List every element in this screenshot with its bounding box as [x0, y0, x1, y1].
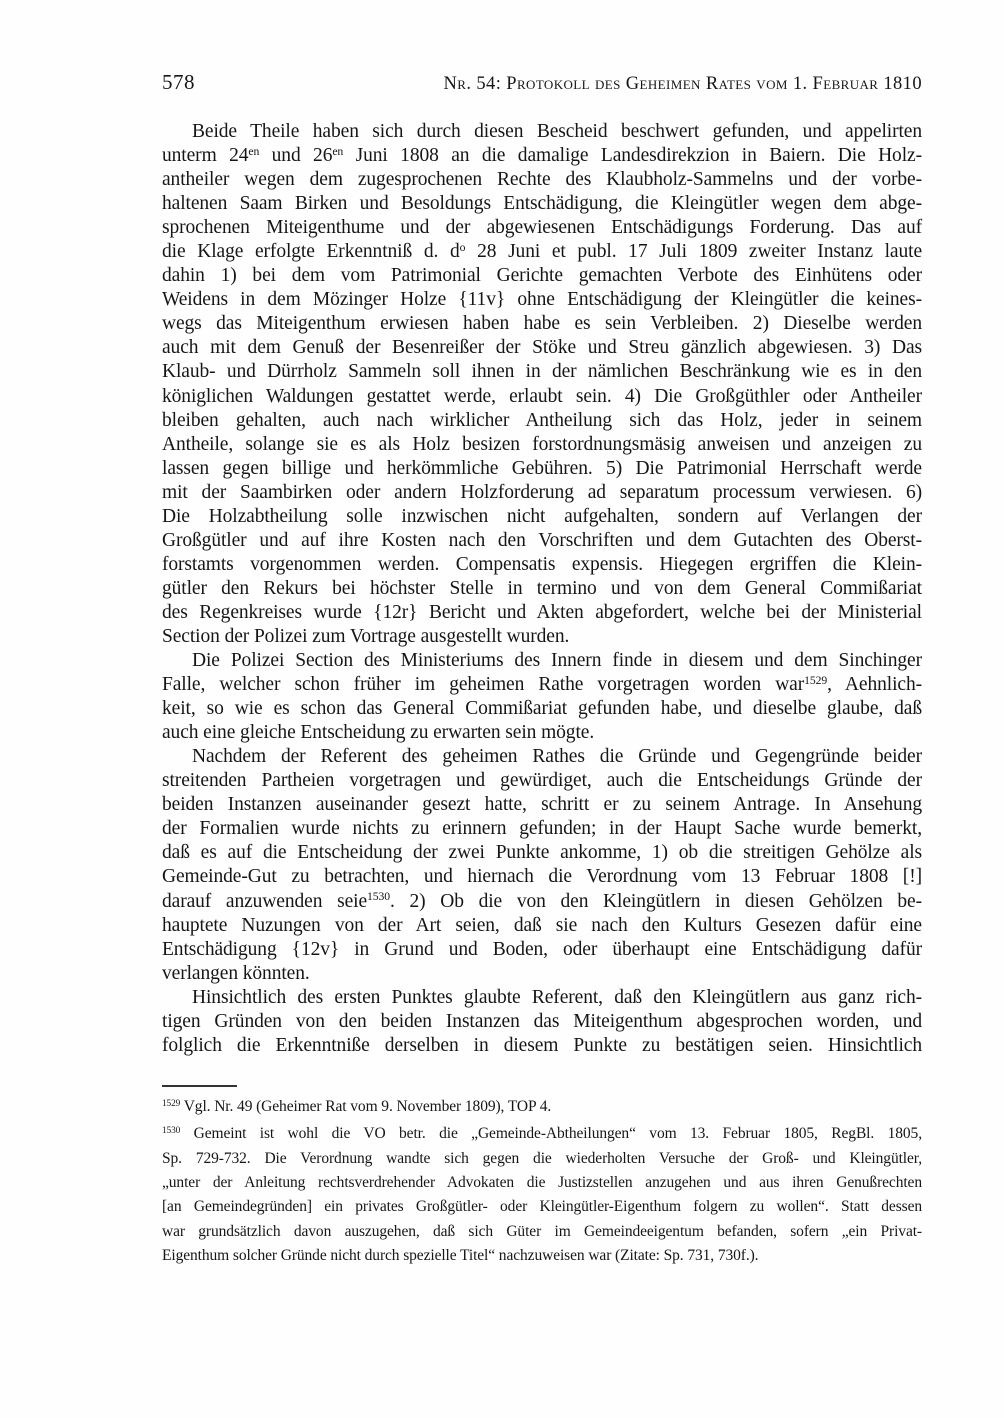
text-line: lassen gegen billige und herkömmliche Ge…	[162, 457, 922, 481]
footnotes: 1529 Vgl. Nr. 49 (Geheimer Rat vom 9. No…	[162, 1095, 922, 1269]
footnote: 1530 Gemeint ist wohl die VO betr. die „…	[162, 1122, 922, 1268]
superscript-reference: en	[332, 145, 343, 158]
text-line: Klaub- und Dürrholz Sammeln soll ihnen i…	[162, 360, 922, 384]
footnote-line: 1530 Gemeint ist wohl die VO betr. die „…	[162, 1122, 922, 1146]
footnote-line: „unter der Anleitung rechtsverdrehender …	[162, 1171, 922, 1195]
text-line: Großgütler und auf ihre Kosten nach den …	[162, 529, 922, 553]
superscript-reference: 1529	[804, 674, 827, 687]
text-line: daß es auf die Entscheidung der zwei Pun…	[162, 841, 922, 865]
paragraph: Nachdem der Referent des geheimen Rathes…	[162, 745, 922, 985]
text-line: mit der Saambirken oder andern Holzforde…	[162, 481, 922, 505]
text-column: 578 Nr. 54: Protokoll des Geheimen Rates…	[162, 0, 922, 1269]
footnote-line: [an Gemeindegründen] ein privates Großgü…	[162, 1195, 922, 1219]
text-line: Antheile, solange sie es als Holz besize…	[162, 433, 922, 457]
text-line: hauptete Nuzungen von der Art seien, daß…	[162, 914, 922, 938]
text-line: Hinsichtlich des ersten Punktes glaubte …	[162, 986, 922, 1010]
body-text: Beide Theile haben sich durch diesen Bes…	[162, 120, 922, 1058]
text-line: haltenen Saam Birken und Besoldungs Ents…	[162, 192, 922, 216]
text-line: bleiben gehalten, auch nach wirklicher A…	[162, 409, 922, 433]
text-line: darauf anzuwenden seie1530. 2) Ob die vo…	[162, 890, 922, 914]
text-line: antheiler wegen dem zugesprochenen Recht…	[162, 168, 922, 192]
text-line: auch mit dem Genuß der Besenreißer der S…	[162, 336, 922, 360]
footnote-line: war grundsätzlich davon auszugehen, daß …	[162, 1220, 922, 1244]
text-line: Gemeinde-Gut zu betrachten, und hiernach…	[162, 865, 922, 889]
text-line: auch eine gleiche Entscheidung zu erwart…	[162, 721, 922, 745]
text-line: gütler den Rekurs bei höchster Stelle in…	[162, 577, 922, 601]
text-line: königlichen Waldungen gestattet werde, e…	[162, 385, 922, 409]
text-line: der Formalien wurde nichts zu erinnern g…	[162, 817, 922, 841]
footnote-line: Eigenthum solcher Gründe nicht durch spe…	[162, 1244, 922, 1268]
superscript-reference: 1530	[162, 1126, 180, 1136]
text-line: folglich die Erkenntniße derselben in di…	[162, 1034, 922, 1058]
superscript-reference: 1529	[162, 1099, 180, 1109]
text-line: Die Polizei Section des Ministeriums des…	[162, 649, 922, 673]
running-header: Nr. 54: Protokoll des Geheimen Rates vom…	[444, 72, 922, 96]
text-line: keit, so wie es schon das General Commiß…	[162, 697, 922, 721]
text-line: sprochenen Miteigenthume und der abgewie…	[162, 216, 922, 240]
text-line: unterm 24en und 26en Juni 1808 an die da…	[162, 144, 922, 168]
text-line: die Klage erfolgte Erkenntniß d. do 28 J…	[162, 240, 922, 264]
superscript-reference: 1530	[367, 890, 390, 903]
footnote-line: Sp. 729-732. Die Verordnung wandte sich …	[162, 1147, 922, 1171]
text-line: Section der Polizei zum Vortrage ausgest…	[162, 625, 922, 649]
footnote-separator	[162, 1085, 237, 1087]
text-line: forstamts vorgenommen werden. Compensati…	[162, 553, 922, 577]
text-line: wegs das Miteigenthum erwiesen haben hab…	[162, 312, 922, 336]
footnote: 1529 Vgl. Nr. 49 (Geheimer Rat vom 9. No…	[162, 1095, 922, 1119]
text-line: tigen Gründen von den beiden Instanzen d…	[162, 1010, 922, 1034]
text-line: verlangen könnten.	[162, 962, 922, 986]
superscript-reference: en	[248, 145, 259, 158]
text-line: Falle, welcher schon früher im geheimen …	[162, 673, 922, 697]
scanned-page: 578 Nr. 54: Protokoll des Geheimen Rates…	[0, 0, 1004, 1418]
page-number: 578	[162, 70, 195, 94]
text-line: Beide Theile haben sich durch diesen Bes…	[162, 120, 922, 144]
text-line: Nachdem der Referent des geheimen Rathes…	[162, 745, 922, 769]
text-line: des Regenkreises wurde {12r} Bericht und…	[162, 601, 922, 625]
text-line: Die Holzabtheilung solle inzwischen nich…	[162, 505, 922, 529]
paragraph: Die Polizei Section des Ministeriums des…	[162, 649, 922, 745]
text-line: Entschädigung {12v} in Grund und Boden, …	[162, 938, 922, 962]
footnote-line: 1529 Vgl. Nr. 49 (Geheimer Rat vom 9. No…	[162, 1095, 922, 1119]
text-line: dahin 1) bei dem vom Patrimonial Gericht…	[162, 264, 922, 288]
text-line: beiden Instanzen auseinander gesezt hatt…	[162, 793, 922, 817]
text-line: Weidens in dem Mözinger Holze {11v} ohne…	[162, 288, 922, 312]
superscript-reference: o	[460, 241, 466, 254]
paragraph: Hinsichtlich des ersten Punktes glaubte …	[162, 986, 922, 1058]
text-line: streitenden Partheien vorgetragen und ge…	[162, 769, 922, 793]
paragraph: Beide Theile haben sich durch diesen Bes…	[162, 120, 922, 649]
page-header: 578 Nr. 54: Protokoll des Geheimen Rates…	[162, 0, 922, 96]
